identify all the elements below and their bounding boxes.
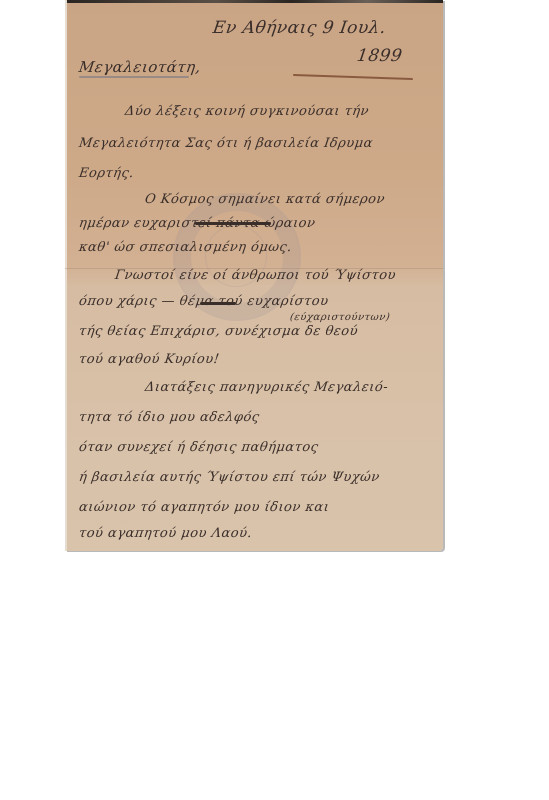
header-underline — [293, 74, 413, 80]
letter-line: τής θείας Επιχάρισ, συνέχισμα δε θεού — [78, 324, 359, 339]
letter-salutation: Μεγαλειοτάτη, — [78, 58, 202, 76]
letter-line: ή βασιλεία αυτής Ύψίστου επί τών Ψυχών — [78, 470, 381, 485]
letter-line: καθ' ώσ σπεσιαλισμένη όμως. — [78, 240, 293, 255]
letter-year: 1899 — [356, 46, 404, 66]
scan-top-edge — [65, 0, 443, 3]
letter-line: Γνωστοί είνε οί άνθρωποι τού Ύψίστου — [114, 268, 397, 283]
scan-left-edge — [65, 0, 67, 551]
letter-line: Εορτής. — [78, 166, 135, 181]
letter-line: τητα τό ίδιο μου αδελφός — [78, 410, 261, 425]
letter-line: τού αγαπητού μου Λαού. — [78, 526, 253, 541]
strikethrough — [200, 302, 236, 305]
strikethrough — [195, 222, 271, 225]
salutation-underline — [79, 76, 189, 78]
letter-line: όταν συνεχεί ή δέησις παθήματος — [78, 440, 320, 455]
letter-line: τού αγαθού Κυρίου! — [78, 352, 220, 367]
letter-line: Δύο λέξεις κοινή συγκινούσαι τήν — [124, 104, 370, 119]
letter-line: αιώνιον τό αγαπητόν μου ίδιον και — [78, 500, 330, 515]
letter-place-date: Εν Αθήναις 9 Ιουλ. — [212, 18, 388, 38]
letter-line: Ο Κόσμος σημαίνει κατά σήμερον — [144, 192, 386, 207]
letter-line: Διατάξεις πανηγυρικές Μεγαλειό- — [144, 380, 389, 395]
letter-page-scan: Εν Αθήναις 9 Ιουλ. 1899 Μεγαλειοτάτη, Δύ… — [65, 0, 443, 551]
letter-line: Μεγαλειότητα Σας ότι ή βασιλεία Ιδρυμα — [78, 136, 374, 151]
letter-interlinear-note: (εύχαριστούντων) — [289, 312, 391, 323]
